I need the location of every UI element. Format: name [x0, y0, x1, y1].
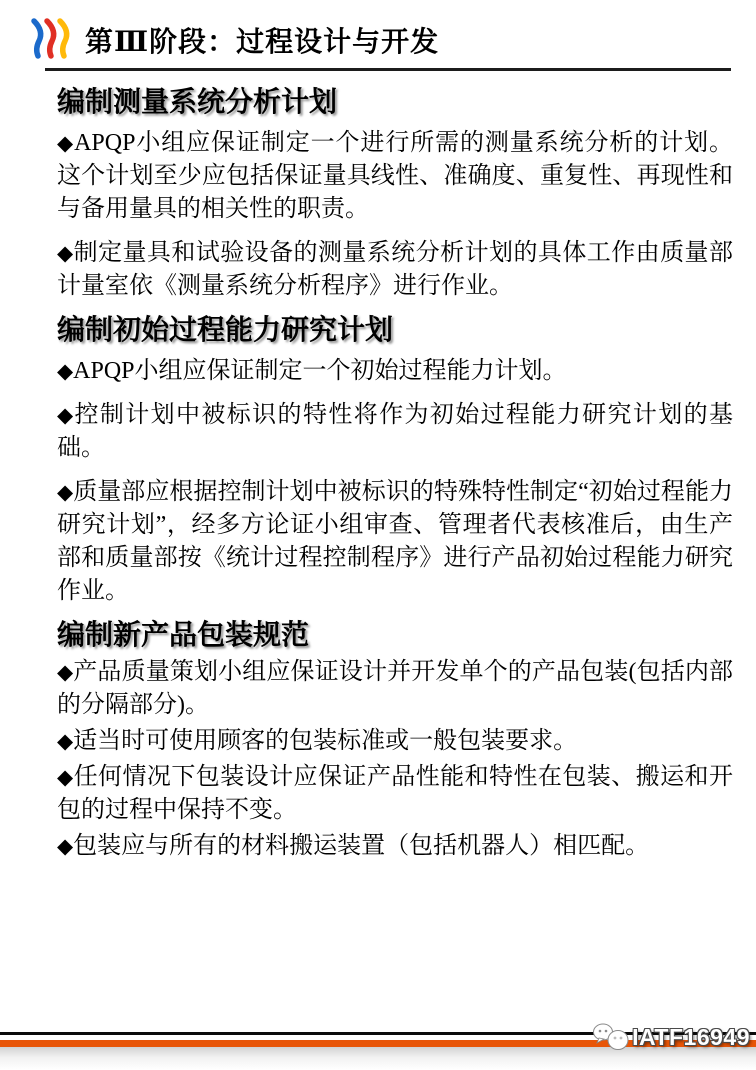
diamond-bullet-icon: ◆	[57, 359, 73, 383]
bullet-text: 控制计划中被标识的特性将作为初始过程能力研究计划的基础。	[57, 402, 733, 461]
bullet-text: 产品质量策划小组应保证设计并开发单个的产品包装(包括内部的分隔部分)。	[57, 659, 733, 718]
slide-page: 第Ⅲ阶段：过程设计与开发 编制测量系统分析计划 ◆APQP小组应保证制定一个进行…	[0, 0, 756, 1070]
bullet-item: ◆任何情况下包装设计应保证产品性能和特性在包装、搬运和开包的过程中保持不变。	[57, 761, 733, 827]
diamond-bullet-icon: ◆	[57, 834, 73, 858]
watermark-text: IATF16949	[632, 1024, 750, 1051]
bullet-item: ◆APQP小组应保证制定一个进行所需的测量系统分析的计划。这个计划至少应包括保证…	[57, 127, 733, 226]
bullet-text: 适当时可使用顾客的包装标准或一般包装要求。	[73, 728, 577, 754]
bullet-text: APQP小组应保证制定一个初始过程能力计划。	[73, 358, 566, 384]
bullet-text: 质量部应根据控制计划中被标识的特殊特性制定“初始过程能力研究计划”，经多方论证小…	[57, 479, 733, 604]
bullet-text: 包装应与所有的材料搬运装置（包括机器人）相匹配。	[73, 833, 649, 859]
bullet-item: ◆控制计划中被标识的特性将作为初始过程能力研究计划的基础。	[57, 399, 733, 465]
bullet-item: ◆APQP小组应保证制定一个初始过程能力计划。	[57, 355, 733, 388]
title-underline	[45, 68, 731, 71]
diamond-bullet-icon: ◆	[57, 241, 74, 265]
slide-header: 第Ⅲ阶段：过程设计与开发	[0, 0, 756, 74]
section-msa-plan: 编制测量系统分析计划 ◆APQP小组应保证制定一个进行所需的测量系统分析的计划。…	[57, 86, 733, 303]
slide-body: 编制测量系统分析计划 ◆APQP小组应保证制定一个进行所需的测量系统分析的计划。…	[57, 86, 733, 866]
diamond-bullet-icon: ◆	[57, 765, 74, 789]
section-heading: 编制新产品包装规范	[57, 619, 733, 653]
diamond-bullet-icon: ◆	[57, 480, 73, 504]
bullet-item: ◆制定量具和试验设备的测量系统分析计划的具体工作由质量部计量室依《测量系统分析程…	[57, 237, 733, 303]
diamond-bullet-icon: ◆	[57, 403, 75, 427]
page-title: 第Ⅲ阶段：过程设计与开发	[85, 26, 439, 60]
section-capability-plan: 编制初始过程能力研究计划 ◆APQP小组应保证制定一个初始过程能力计划。 ◆控制…	[57, 314, 733, 608]
bullet-item: ◆质量部应根据控制计划中被标识的特殊特性制定“初始过程能力研究计划”，经多方论证…	[57, 476, 733, 608]
section-heading: 编制测量系统分析计划	[57, 86, 733, 120]
mascot-icon	[592, 1022, 630, 1052]
watermark: IATF16949	[592, 1020, 750, 1054]
diamond-bullet-icon: ◆	[57, 729, 73, 753]
bullet-item: ◆产品质量策划小组应保证设计并开发单个的产品包装(包括内部的分隔部分)。	[57, 656, 733, 722]
bullet-item: ◆包装应与所有的材料搬运装置（包括机器人）相匹配。	[57, 830, 733, 863]
tricolor-swoosh-icon	[27, 15, 79, 63]
diamond-bullet-icon: ◆	[57, 131, 74, 155]
bullet-item: ◆适当时可使用顾客的包装标准或一般包装要求。	[57, 725, 733, 758]
bullet-text: APQP小组应保证制定一个进行所需的测量系统分析的计划。这个计划至少应包括保证量…	[57, 130, 733, 222]
section-packaging-spec: 编制新产品包装规范 ◆产品质量策划小组应保证设计并开发单个的产品包装(包括内部的…	[57, 619, 733, 863]
bullet-text: 制定量具和试验设备的测量系统分析计划的具体工作由质量部计量室依《测量系统分析程序…	[57, 240, 733, 299]
section-heading: 编制初始过程能力研究计划	[57, 314, 733, 348]
diamond-bullet-icon: ◆	[57, 660, 73, 684]
bullet-text: 任何情况下包装设计应保证产品性能和特性在包装、搬运和开包的过程中保持不变。	[57, 764, 733, 823]
